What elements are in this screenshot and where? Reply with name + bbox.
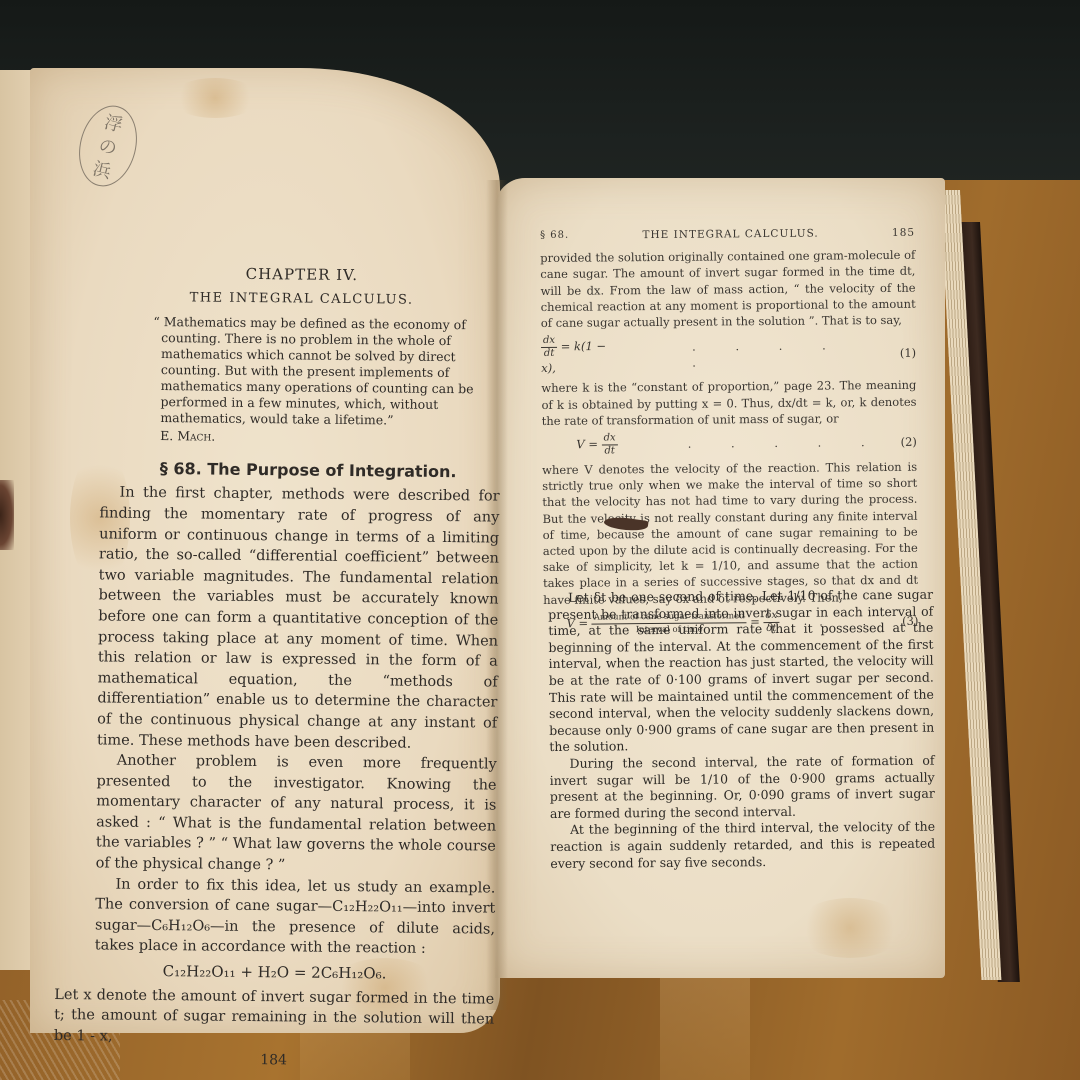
leader-dots: . . . . . (688, 434, 883, 452)
thumb-holding-page (0, 480, 14, 550)
paragraph: Let δt be one second of time. Let 1/10 o… (548, 587, 934, 756)
paragraph: At the beginning of the third interval, … (550, 819, 935, 872)
foxing-stain (170, 78, 260, 118)
paragraph: provided the solution originally contain… (540, 247, 916, 331)
paragraph: where V denotes the velocity of the reac… (542, 459, 918, 608)
paragraph: Let x denote the amount of invert sugar … (54, 985, 495, 1051)
running-head: § 68. THE INTEGRAL CALCULUS. 185 (540, 225, 915, 244)
page-number: 185 (892, 225, 915, 241)
fraction-numerator: dx (541, 335, 557, 348)
epigraph-author: E. Mach. (160, 426, 500, 450)
fraction-denominator: dt (602, 445, 618, 457)
fraction-denominator: dt (541, 348, 557, 360)
equation-label: (2) (901, 434, 917, 450)
equation-label: (1) (900, 344, 916, 360)
equation-lhs: V = (576, 437, 598, 451)
equation-2: V = dxdt . . . . . (2) (542, 430, 917, 458)
chapter-title: THE INTEGRAL CALCULUS. (102, 287, 502, 312)
paragraph: During the second interval, the rate of … (549, 753, 935, 823)
fraction-numerator: dx (602, 432, 618, 445)
leader-dots: . . . . . (692, 337, 882, 371)
photo-scene: 浮 の 浜 CHAPTER IV. THE INTEGRAL CALCULUS.… (0, 0, 1080, 1080)
equation-1: dxdt = k(1 − x), . . . . . (1) (541, 332, 916, 376)
paragraph: In order to fix this idea, let us study … (95, 874, 496, 961)
foxing-stain (795, 898, 905, 958)
right-page-text-upper: § 68. THE INTEGRAL CALCULUS. 185 provide… (540, 225, 919, 641)
left-page-text: CHAPTER IV. THE INTEGRAL CALCULUS. “ Mat… (54, 262, 502, 1074)
right-page-text-lower: Let δt be one second of time. Let 1/10 o… (548, 587, 935, 872)
paragraph: In the first chapter, methods were descr… (97, 483, 500, 755)
section-heading: § 68. The Purpose of Integration. (160, 459, 500, 483)
running-head-section: § 68. (540, 228, 569, 244)
equation-expression: V = dxdt (576, 432, 618, 457)
chapter-number: CHAPTER IV. (102, 262, 502, 287)
running-head-title: THE INTEGRAL CALCULUS. (642, 226, 818, 244)
equation-expression: dxdt = k(1 − x), (541, 335, 622, 377)
paragraph: where k is the “constant of proportion,”… (541, 377, 916, 429)
paragraph: Another problem is even more frequently … (96, 750, 497, 878)
epigraph-quote: “ Mathematics may be defined as the econ… (160, 314, 501, 430)
chemical-equation: C₁₂H₂₂O₁₁ + H₂O = 2C₆H₁₂O₆. (54, 960, 494, 985)
